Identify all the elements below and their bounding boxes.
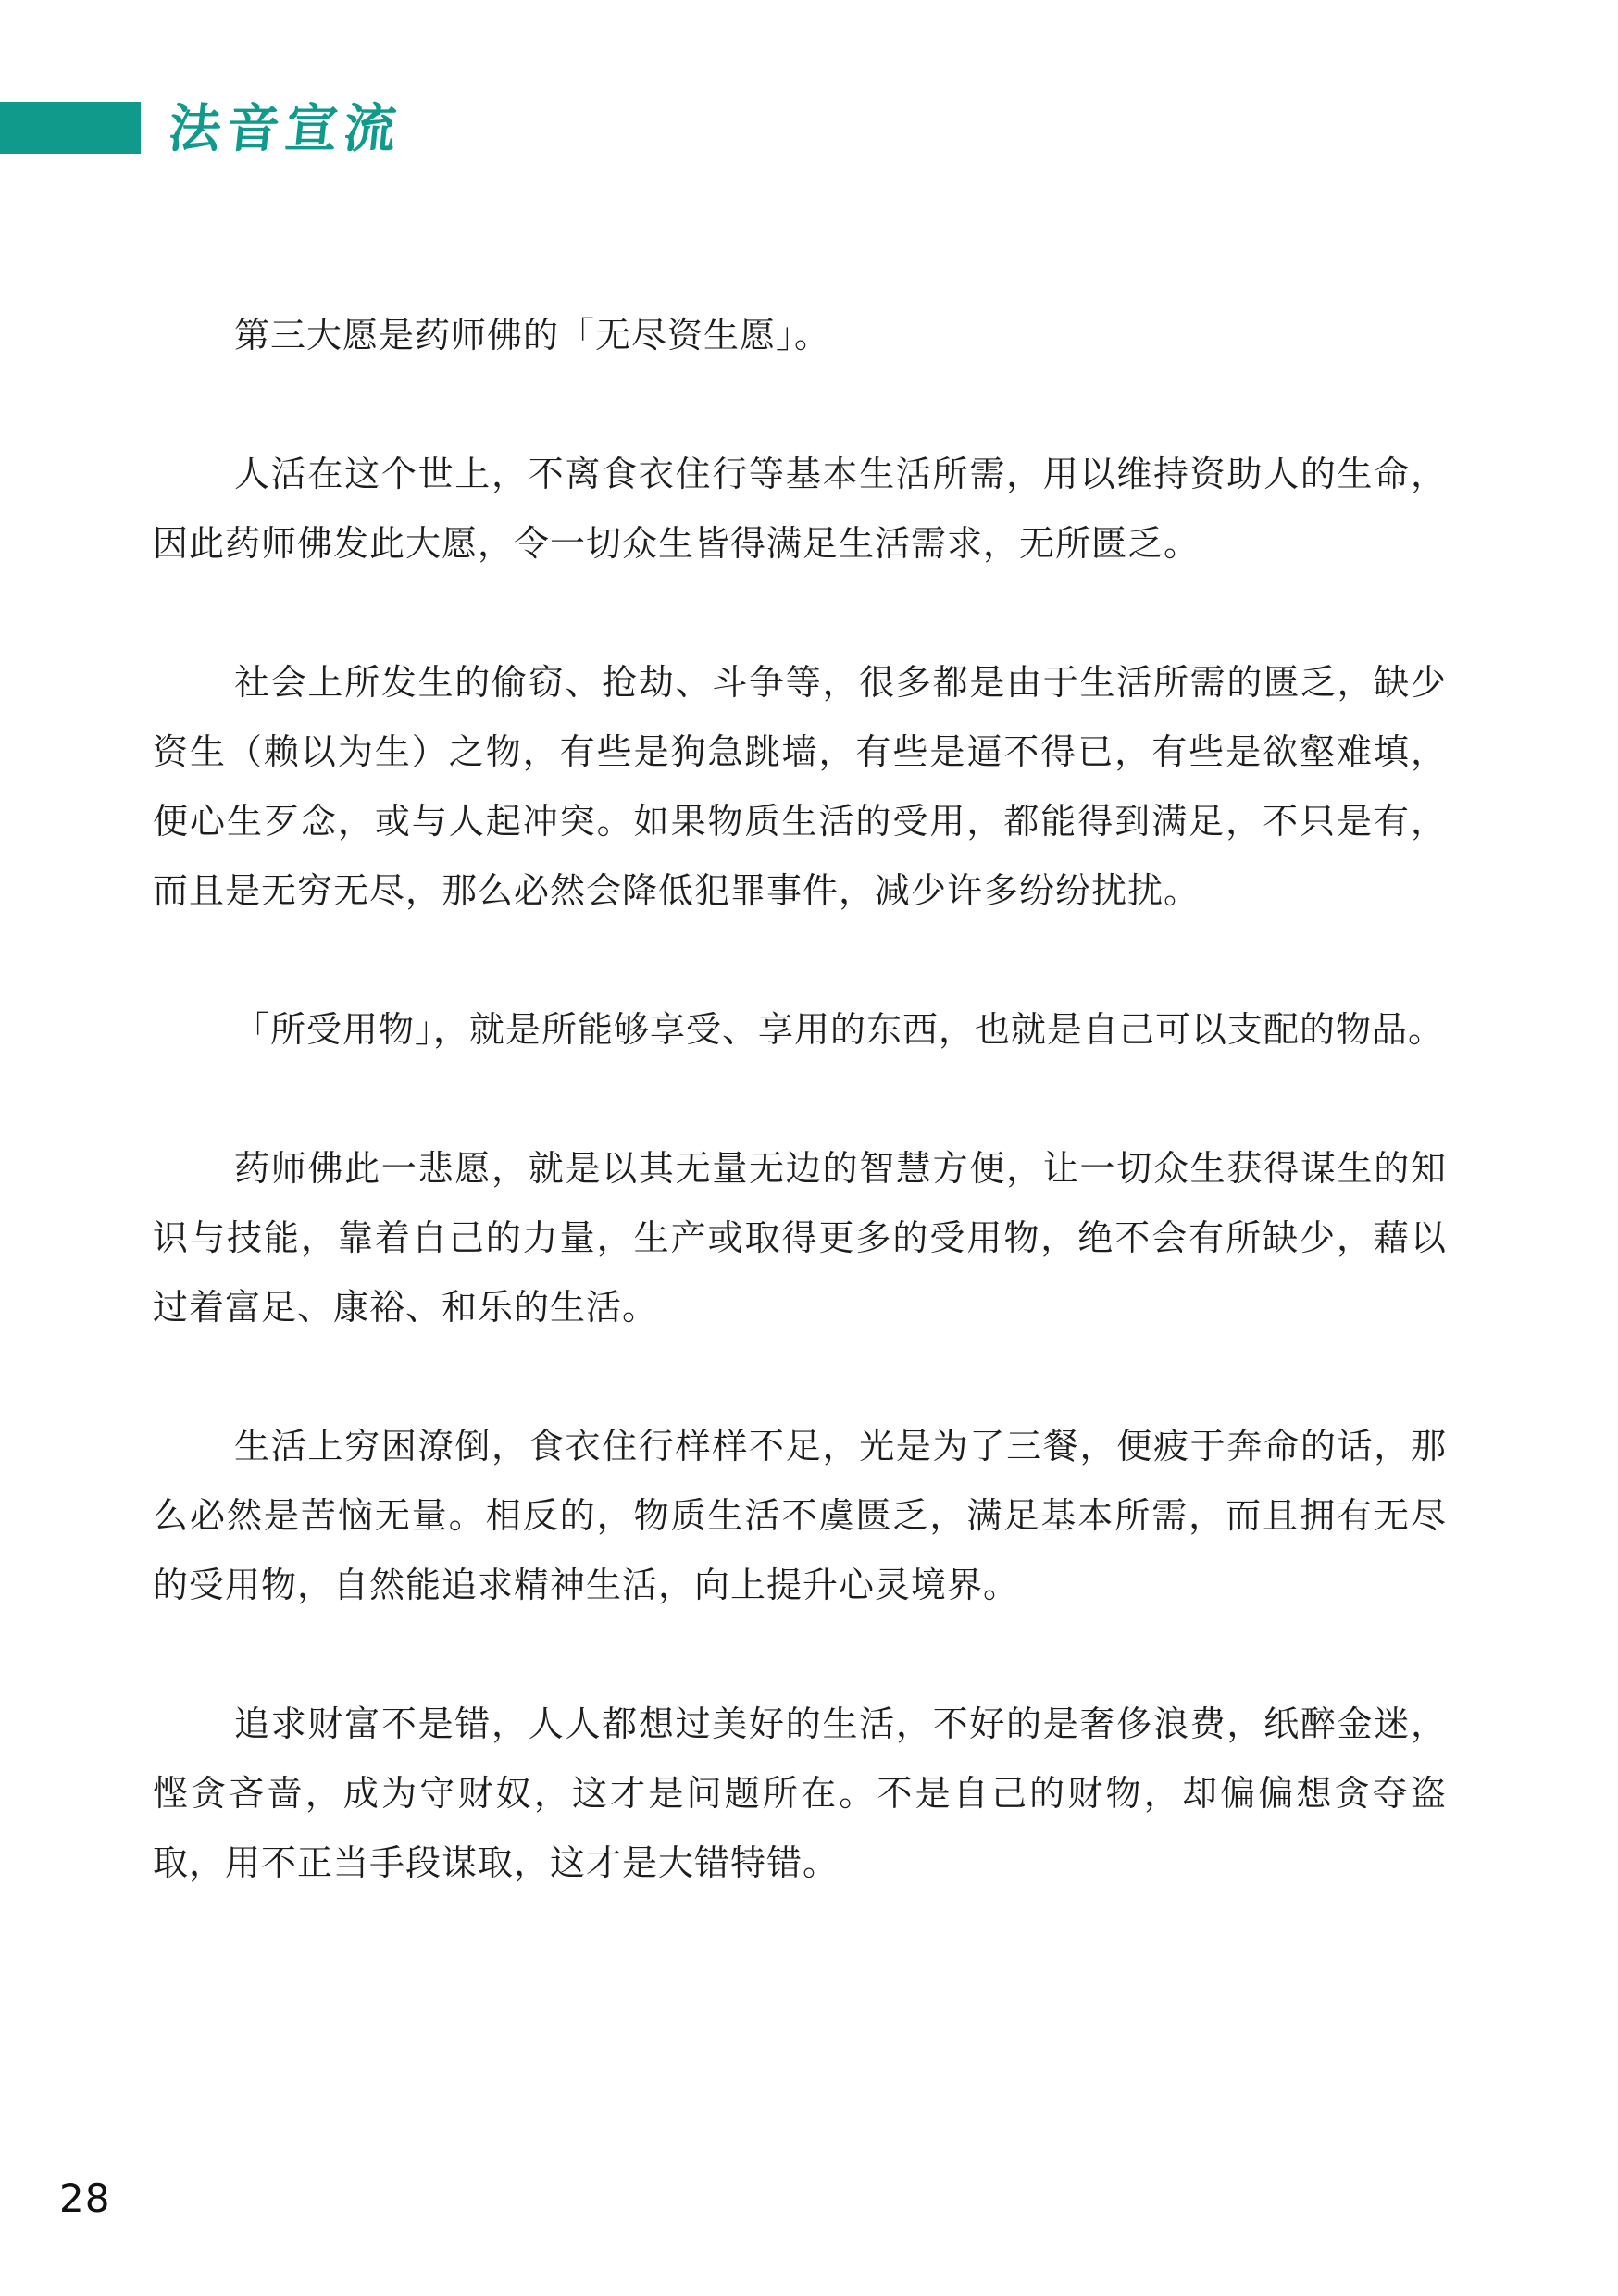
paragraph: 社会上所发生的偷窃、抢劫、斗争等，很多都是由于生活所需的匮乏，缺少资生（赖以为生…: [153, 648, 1447, 926]
page-number: 28: [59, 2176, 110, 2221]
paragraph: 「所受用物」，就是所能够享受、享用的东西，也就是自己可以支配的物品。: [153, 995, 1447, 1065]
paragraph: 生活上穷困潦倒，食衣住行样样不足，光是为了三餐，便疲于奔命的话，那么必然是苦恼无…: [153, 1412, 1447, 1620]
paragraph: 追求财富不是错，人人都想过美好的生活，不好的是奢侈浪费，纸醉金迷，悭贪吝啬，成为…: [153, 1690, 1447, 1898]
article-body: 第三大愿是药师佛的「无尽资生愿」。 人活在这个世上，不离食衣住行等基本生活所需，…: [153, 301, 1447, 1898]
paragraph: 药师佛此一悲愿，就是以其无量无边的智慧方便，让一切众生获得谋生的知识与技能，靠着…: [153, 1134, 1447, 1342]
header-accent-bar: [0, 102, 141, 154]
document-page: 法音宣流 第三大愿是药师佛的「无尽资生愿」。 人活在这个世上，不离食衣住行等基本…: [0, 0, 1618, 2296]
section-title: 法音宣流: [167, 94, 406, 156]
paragraph: 人活在这个世上，不离食衣住行等基本生活所需，用以维持资助人的生命，因此药师佛发此…: [153, 440, 1447, 579]
paragraph: 第三大愿是药师佛的「无尽资生愿」。: [153, 301, 1447, 370]
